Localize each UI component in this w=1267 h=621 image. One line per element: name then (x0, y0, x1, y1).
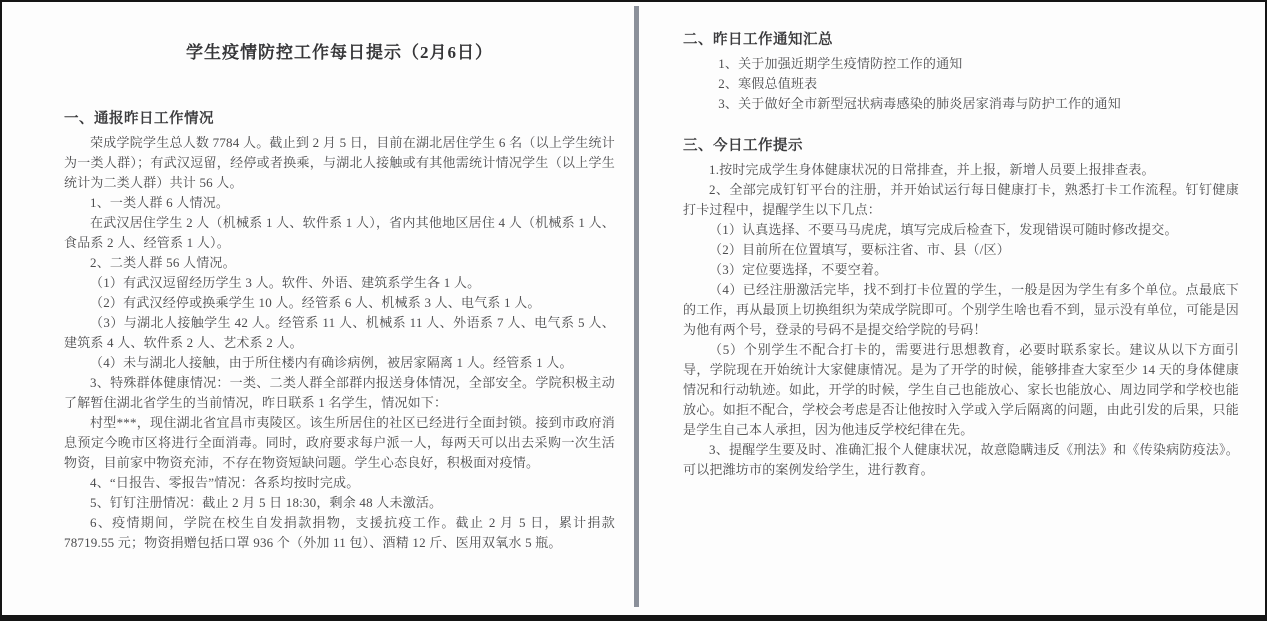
paragraph: （1）有武汉逗留经历学生 3 人。软件、外语、建筑系学生各 1 人。 (64, 273, 615, 293)
paragraph: 荣成学院学生总人数 7784 人。截止到 2 月 5 日，目前在湖北居住学生 6… (64, 133, 615, 193)
paragraph: 3、提醒学生要及时、准确汇报个人健康状况，故意隐瞒违反《刑法》和《传染病防疫法》… (683, 440, 1239, 480)
left-page: 学生疫情防控工作每日提示（2月6日） 一、通报昨日工作情况 荣成学院学生总人数 … (64, 38, 615, 553)
paragraph: 2、二类人群 56 人情况。 (64, 253, 615, 273)
section-heading-1: 一、通报昨日工作情况 (64, 107, 615, 128)
paragraph: （1）认真选择、不要马马虎虎，填写完成后检查下，发现错误可随时修改提交。 (683, 220, 1239, 240)
page-divider-line (634, 6, 639, 607)
section-heading-3: 三、今日工作提示 (683, 134, 1239, 155)
paragraph: 2、全部完成钉钉平台的注册，并开始试运行每日健康打卡，熟悉打卡工作流程。钉钉健康… (683, 180, 1239, 220)
paragraph: 1、一类人群 6 人情况。 (64, 193, 615, 213)
notice-item: 1、关于加强近期学生疫情防控工作的通知 (718, 54, 1239, 74)
paragraph: （5）个别学生不配合打卡的，需要进行思想教育，必要时联系家长。建议从以下方面引导… (683, 340, 1239, 440)
paragraph: 3、特殊群体健康情况：一类、二类人群全部群内报送身体情况，全部安全。学院积极主动… (64, 373, 615, 413)
paragraph: 6、疫情期间，学院在校生自发捐款捐物，支援抗疫工作。截止 2 月 5 日，累计捐… (64, 513, 615, 553)
section-heading-2: 二、昨日工作通知汇总 (683, 28, 1239, 49)
notice-item: 3、关于做好全市新型冠状病毒感染的肺炎居家消毒与防护工作的通知 (718, 94, 1239, 114)
paragraph: 4、“日报告、零报告”情况：各系均按时完成。 (64, 473, 615, 493)
notice-list: 1、关于加强近期学生疫情防控工作的通知 2、寒假总值班表 3、关于做好全市新型冠… (683, 54, 1239, 114)
paragraph: 在武汉居住学生 2 人（机械系 1 人、软件系 1 人），省内其他地区居住 4 … (64, 213, 615, 253)
paragraph: 1.按时完成学生身体健康状况的日常排查，并上报，新增人员要上报排查表。 (683, 160, 1239, 180)
paragraph: （3）与湖北人接触学生 42 人。经管系 11 人、机械系 11 人、外语系 7… (64, 313, 615, 353)
document-title: 学生疫情防控工作每日提示（2月6日） (64, 38, 615, 63)
paragraph: 5、钉钉注册情况：截止 2 月 5 日 18:30，剩余 48 人未激活。 (64, 493, 615, 513)
scanned-document: 学生疫情防控工作每日提示（2月6日） 一、通报昨日工作情况 荣成学院学生总人数 … (0, 0, 1267, 621)
paragraph: （4）未与湖北人接触，由于所住楼内有确诊病例，被居家隔离 1 人。经管系 1 人… (64, 353, 615, 373)
paragraph: （4）已经注册激活完毕，找不到打卡位置的学生，一般是因为学生有多个单位。点最底下… (683, 280, 1239, 340)
right-page: 二、昨日工作通知汇总 1、关于加强近期学生疫情防控工作的通知 2、寒假总值班表 … (683, 28, 1239, 480)
notice-item: 2、寒假总值班表 (718, 74, 1239, 94)
paragraph: （2）有武汉经停或换乘学生 10 人。经管系 6 人、机械系 3 人、电气系 1… (64, 293, 615, 313)
paragraph: 村型***，现住湖北省宜昌市夷陵区。该生所居住的社区已经进行全面封锁。接到市政府… (64, 413, 615, 473)
paragraph: （2）目前所在位置填写，要标注省、市、县（/区） (683, 240, 1239, 260)
paragraph: （3）定位要选择，不要空着。 (683, 260, 1239, 280)
